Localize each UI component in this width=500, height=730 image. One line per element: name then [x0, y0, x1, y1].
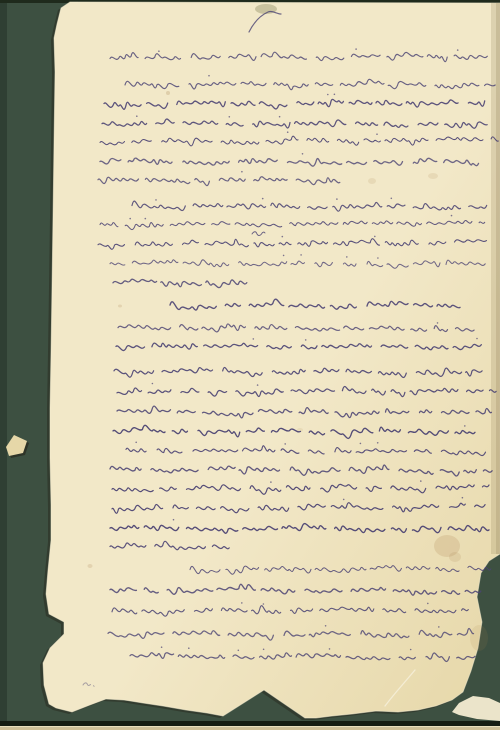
ink-dot — [241, 171, 243, 173]
age-stain — [368, 178, 376, 184]
ink-dot — [158, 50, 160, 52]
ink-dot — [241, 602, 243, 604]
ink-dot — [329, 648, 331, 650]
ink-dot — [282, 236, 284, 238]
ink-dot — [188, 647, 190, 649]
ink-dot — [161, 646, 163, 648]
ink-dot — [136, 115, 138, 117]
ink-dot — [346, 256, 348, 258]
ink-dot — [377, 442, 379, 444]
age-stain — [88, 564, 93, 568]
ink-dot — [253, 338, 255, 340]
ink-dot — [155, 199, 157, 201]
ink-dot — [238, 650, 240, 652]
scanned-manuscript-page — [0, 0, 500, 730]
ink-dot — [476, 338, 478, 340]
ink-dot — [437, 322, 439, 324]
ink-dot — [336, 198, 338, 200]
ink-dot — [325, 625, 327, 627]
age-stain — [449, 552, 461, 562]
ink-dot — [284, 443, 286, 445]
ink-dot — [438, 626, 440, 628]
ink-dot — [173, 519, 175, 521]
ink-dot — [283, 255, 285, 257]
ink-dot — [262, 198, 264, 200]
ink-dot — [279, 116, 281, 118]
ink-dot — [152, 383, 154, 385]
ink-dot — [327, 94, 329, 96]
ink-dot — [145, 218, 147, 220]
ink-dot — [263, 649, 265, 651]
ink-dot — [287, 131, 289, 133]
background-mat-left-shade — [0, 0, 7, 730]
ink-dot — [377, 257, 379, 259]
ink-dot — [462, 497, 464, 499]
ink-dot — [374, 236, 376, 238]
ink-dot — [451, 215, 453, 217]
age-stain — [166, 91, 170, 95]
paper-sheet — [43, 2, 500, 718]
ink-dot — [302, 153, 304, 155]
ink-dot — [355, 48, 357, 50]
ink-dot — [420, 480, 422, 482]
ink-dot — [376, 133, 378, 135]
ink-dot — [457, 49, 459, 51]
right-edge-shading-dark — [496, 3, 500, 554]
ink-dot — [300, 254, 302, 256]
ink-dot — [257, 384, 259, 386]
age-stain — [428, 173, 438, 179]
ink-dot — [270, 481, 272, 483]
manuscript-scan — [0, 0, 500, 730]
age-stain — [470, 625, 488, 651]
ink-dot — [391, 198, 393, 200]
ink-dot — [208, 75, 210, 77]
ink-dot — [263, 603, 265, 605]
ink-dot — [334, 94, 336, 96]
ink-dot — [305, 339, 307, 341]
ink-dot — [464, 425, 466, 427]
ink-dot — [229, 116, 231, 118]
ink-dot — [360, 443, 362, 445]
bottom-strip-highlight — [0, 726, 500, 727]
ink-dot — [427, 603, 429, 605]
ink-dot — [410, 649, 412, 651]
ink-dot — [135, 442, 137, 444]
age-stain — [118, 305, 122, 308]
ink-dot — [129, 218, 131, 220]
ink-dot — [343, 499, 345, 501]
